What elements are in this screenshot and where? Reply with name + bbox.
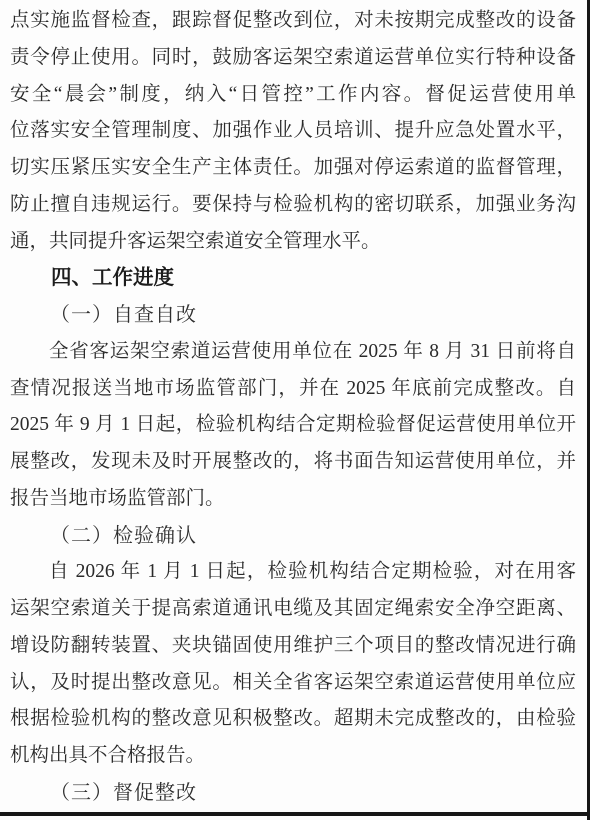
document-text: 点实施监督检查，跟踪督促整改到位，对未按期完成整改的设备责令停止使用。同时，鼓励…	[10, 3, 576, 812]
text-line: 责令停止使用。同时，鼓励客运架空索道运营单位实行特种设备	[10, 40, 576, 77]
text-line: 查情况报送当地市场监管部门，并在 2025 年底前完成整改。自	[10, 371, 576, 408]
text-line: 运架空索道关于提高索道通讯电缆及其固定绳索安全净空距离、	[10, 591, 576, 628]
text-line: 点实施监督检查，跟踪督促整改到位，对未按期完成整改的设备	[10, 3, 576, 40]
text-line: 认，及时提出整改意见。相关全省客运架空索道运营使用单位应	[10, 665, 576, 702]
text-line: 自 2026 年 1 月 1 日起，检验机构结合定期检验，对在用客	[10, 554, 576, 591]
text-line: （二）检验确认	[10, 518, 576, 555]
text-line: 全省客运架空索道运营使用单位在 2025 年 8 月 31 日前将自	[10, 334, 576, 371]
text-line: 机构出具不合格报告。	[10, 738, 576, 775]
text-line: 展整改，发现未及时开展整改的，将书面告知运营使用单位，并	[10, 444, 576, 481]
text-line: （三）督促整改	[10, 775, 576, 812]
text-line: 位落实安全管理制度、加强作业人员培训、提升应急处置水平，	[10, 113, 576, 150]
document-page: 点实施监督检查，跟踪督促整改到位，对未按期完成整改的设备责令停止使用。同时，鼓励…	[0, 0, 590, 820]
text-line: 2025 年 9 月 1 日起，检验机构结合定期检验督促运营使用单位开	[10, 407, 576, 444]
text-line: 切实压紧压实安全生产主体责任。加强对停运索道的监督管理，	[10, 150, 576, 187]
text-line: 四、工作进度	[10, 260, 576, 297]
page-border-bottom	[0, 812, 590, 816]
text-line: 防止擅自违规运行。要保持与检验机构的密切联系，加强业务沟	[10, 187, 576, 224]
text-line: 安全“晨会”制度，纳入“日管控”工作内容。督促运营使用单	[10, 77, 576, 114]
text-line: 通，共同提升客运架空索道安全管理水平。	[10, 224, 576, 261]
text-line: 根据检验机构的整改意见积极整改。超期未完成整改的，由检验	[10, 701, 576, 738]
text-line: 报告当地市场监管部门。	[10, 481, 576, 518]
text-line: 增设防翻转装置、夹块锚固使用维护三个项目的整改情况进行确	[10, 628, 576, 665]
text-line: （一）自查自改	[10, 297, 576, 334]
